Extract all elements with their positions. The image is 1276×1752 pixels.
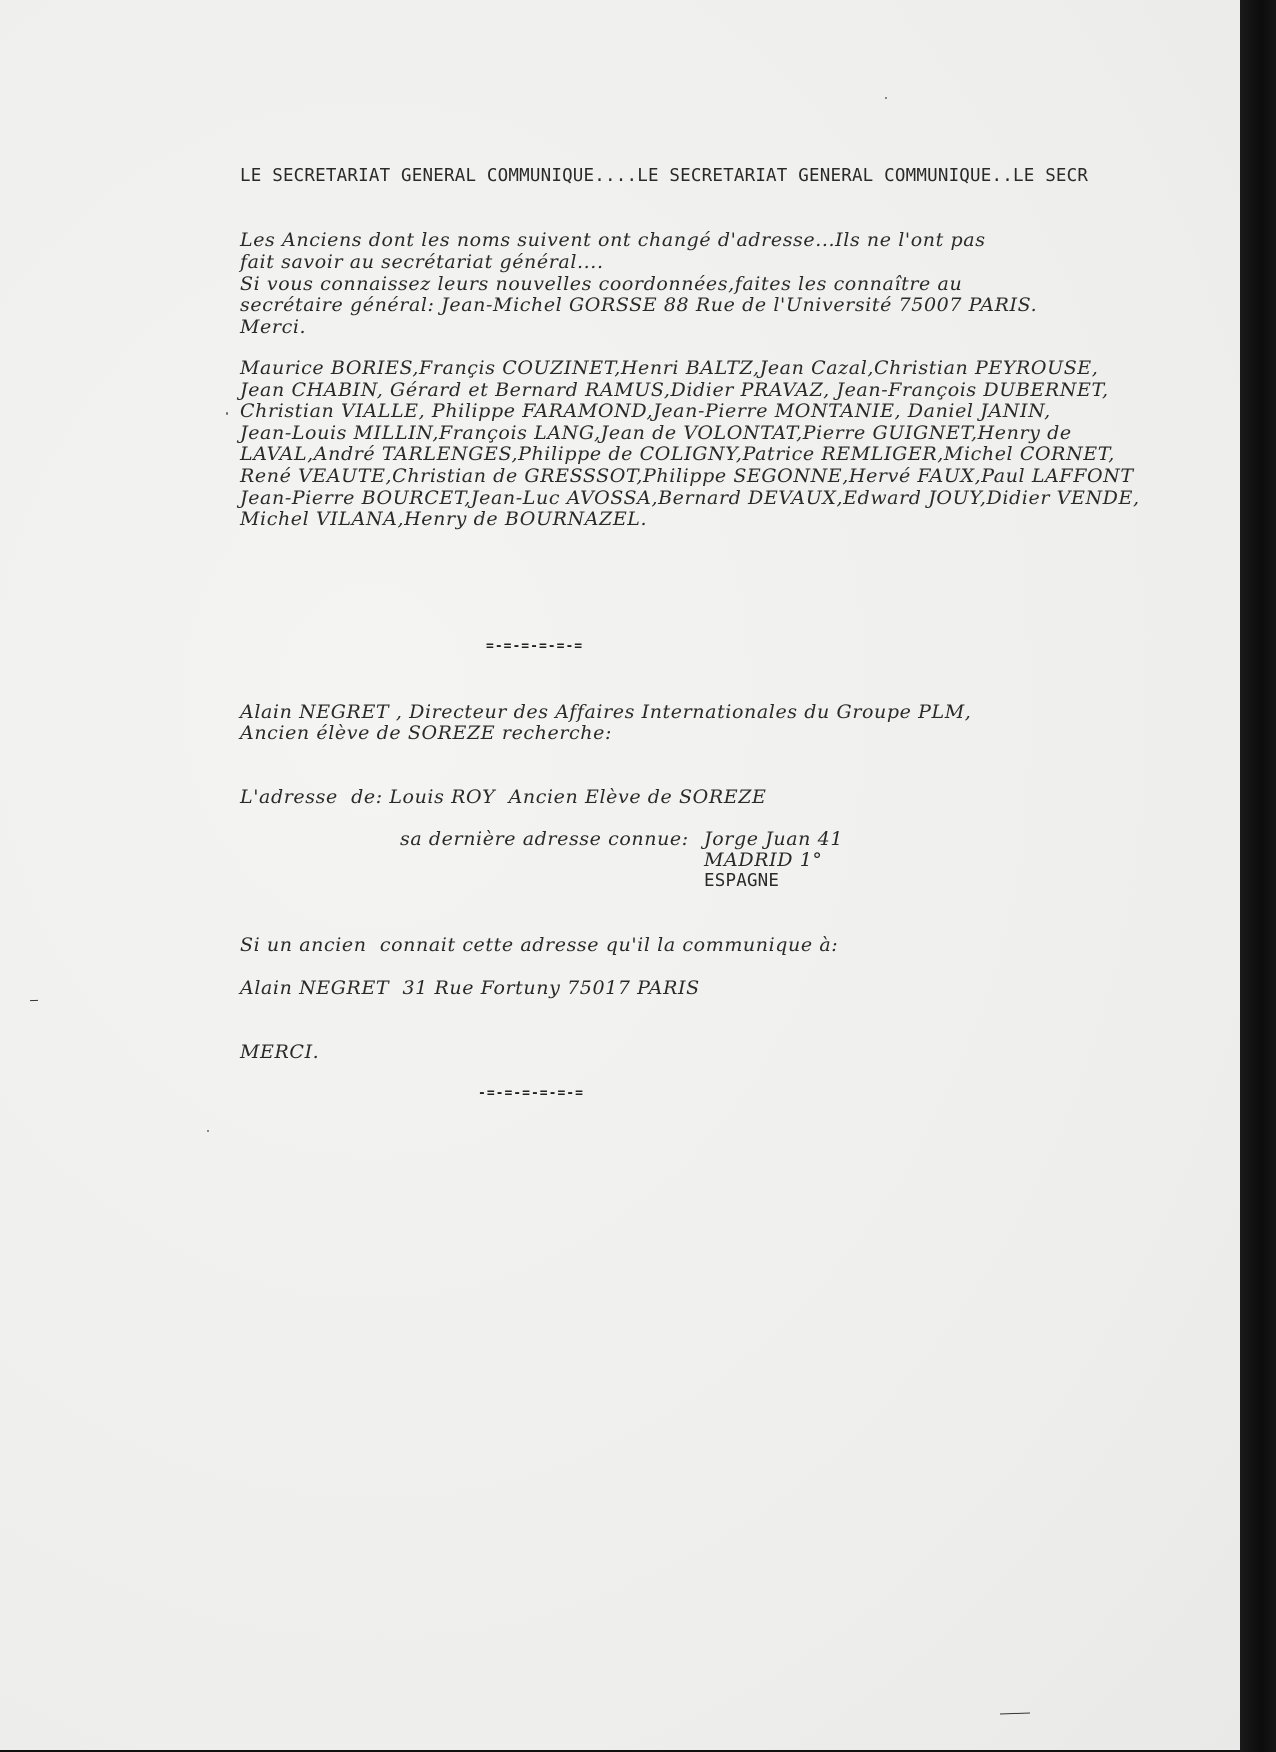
paper-speck	[885, 97, 887, 99]
section-divider: =-=-=-=-=-=	[486, 639, 583, 654]
notice-line: Si vous connaissez leurs nouvelles coord…	[240, 273, 962, 295]
names-line: René VEAUTE,Christian de GRESSSOT,Philip…	[240, 465, 1134, 487]
paper-speck	[207, 1130, 209, 1132]
last-known-address-line: ESPAGNE	[704, 871, 779, 891]
names-line: Michel VILANA,Henry de BOURNAZEL.	[240, 508, 647, 530]
names-line: Christian VIALLE, Philippe FARAMOND,Jean…	[240, 400, 1051, 422]
notice-line: Les Anciens dont les noms suivent ont ch…	[240, 229, 986, 251]
paper-speck	[226, 412, 228, 415]
document-page: LE SECRETARIAT GENERAL COMMUNIQUE....LE …	[0, 0, 1240, 1750]
last-known-label: sa dernière adresse connue:	[400, 828, 689, 850]
address-label: L'adresse de: Louis ROY Ancien Elève de …	[240, 786, 766, 808]
request-line: Si un ancien connait cette adresse qu'il…	[240, 934, 838, 956]
paper-mark	[1000, 1712, 1030, 1714]
contact-line: Alain NEGRET 31 Rue Fortuny 75017 PARIS	[240, 977, 700, 999]
last-known-address-line: Jorge Juan 41	[704, 828, 843, 850]
names-line: Maurice BORIES,Françis COUZINET,Henri BA…	[240, 357, 1098, 379]
names-line: Jean CHABIN, Gérard et Bernard RAMUS,Did…	[240, 379, 1109, 401]
search-intro-line: Ancien élève de SOREZE recherche:	[240, 722, 612, 744]
header-banner: LE SECRETARIAT GENERAL COMMUNIQUE....LE …	[240, 166, 1088, 186]
notice-line: fait savoir au secrétariat général....	[240, 251, 604, 273]
last-known-address-line: MADRID 1°	[704, 849, 822, 871]
names-line: LAVAL,André TARLENGES,Philippe de COLIGN…	[240, 443, 1115, 465]
closing-merci: MERCI.	[240, 1041, 319, 1063]
names-line: Jean-Pierre BOURCET,Jean-Luc AVOSSA,Bern…	[240, 487, 1140, 509]
scanner-edge	[1240, 0, 1276, 1752]
notice-line: Merci.	[240, 316, 306, 338]
paper-mark	[30, 1000, 38, 1001]
section-divider: -=-=-=-=-=-=	[478, 1086, 584, 1101]
notice-line: secrétaire général: Jean-Michel GORSSE 8…	[240, 294, 1037, 316]
search-intro-line: Alain NEGRET , Directeur des Affaires In…	[240, 701, 971, 723]
names-line: Jean-Louis MILLIN,François LANG,Jean de …	[240, 422, 1072, 444]
